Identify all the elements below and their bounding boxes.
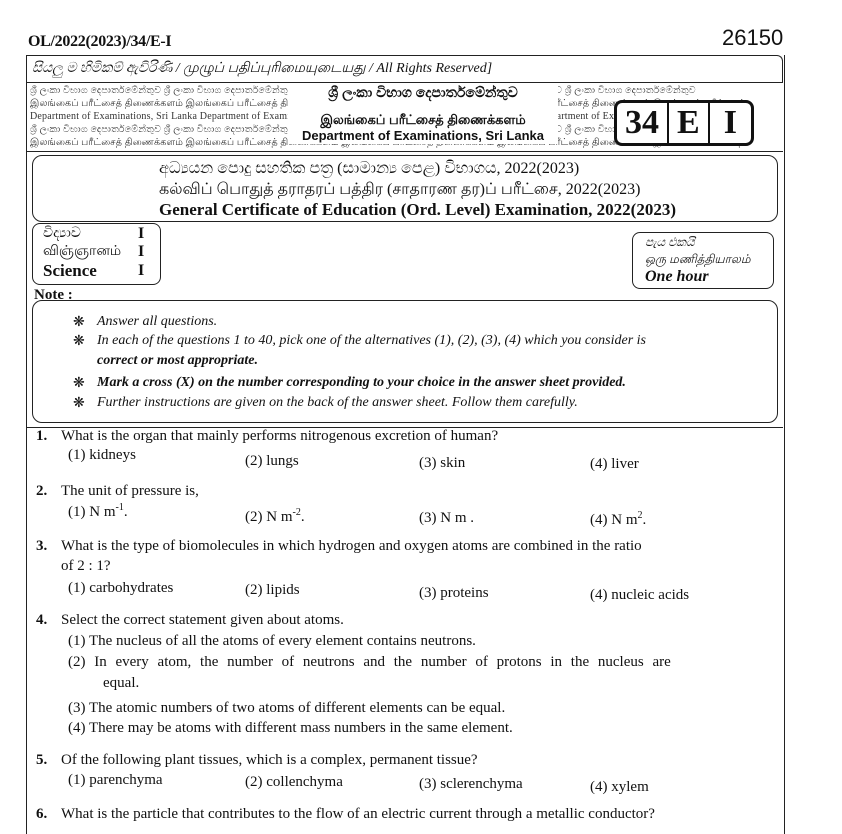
subject-part: I — [138, 243, 144, 261]
option: (4) There may be atoms with different ma… — [68, 720, 513, 737]
subject-name-sinhala: විද්‍යාව — [43, 226, 81, 242]
department-name: ශ්‍රී ලංකා විභාග දෙපාර්තමේන්තුව இலங்கைப்… — [288, 83, 558, 144]
duration-sinhala: පැය එකයි — [645, 235, 695, 250]
exam-title-sinhala: අධ්‍යයන පොදු සහතික පත්‍ර (සාමාන්‍ය පෙළ) … — [159, 160, 579, 178]
exam-title-box: අධ්‍යයන පොදු සහතික පත්‍ර (සාමාන්‍ය පෙළ) … — [32, 155, 778, 222]
subject-part: I — [138, 225, 144, 243]
asterisk-icon: ❋ — [73, 314, 85, 331]
rights-reserved-text: සියලු ම හිමිකම් ඇවිරිණි / முழுப் பதிப்பு… — [32, 61, 492, 78]
option: (1) parenchyma — [68, 772, 163, 789]
question-2: 2.The unit of pressure is, — [36, 483, 199, 500]
subject-name-tamil: விஞ்ஞானம் — [43, 244, 121, 261]
question-3: 3.What is the type of biomolecules in wh… — [36, 538, 642, 555]
serial-number: 26150 — [722, 25, 783, 51]
paper-code: OL/2022(2023)/34/E-I — [28, 33, 171, 51]
asterisk-icon: ❋ — [73, 395, 85, 412]
option: (4) xylem — [590, 779, 649, 796]
option: (4) nucleic acids — [590, 587, 689, 604]
subject-box: විද්‍යාව I விஞ்ஞானம் I Science I — [32, 223, 161, 285]
option: (3) sclerenchyma — [419, 776, 523, 793]
subject-part: I — [138, 262, 144, 280]
option: (3) N m . — [419, 510, 474, 527]
paper-code-box: 34 E I — [614, 100, 754, 146]
duration-tamil: ஒரு மணித்தியாலம் — [645, 252, 751, 268]
question-5: 5.Of the following plant tissues, which … — [36, 752, 478, 769]
option: (4) N m2. — [590, 510, 646, 529]
duration-english: One hour — [645, 268, 709, 286]
asterisk-icon: ❋ — [73, 333, 85, 350]
option: (3) The atomic numbers of two atoms of d… — [68, 700, 505, 717]
option: (1) carbohydrates — [68, 580, 173, 597]
option: (2) In every atom, the number of neutron… — [68, 654, 671, 671]
option: (2) lipids — [245, 582, 300, 599]
question-3-continuation: of 2 : 1? — [61, 558, 111, 575]
exam-title-tamil: கல்விப் பொதுத் தராதரப் பத்திர (சாதாரண தர… — [159, 180, 640, 200]
part-code: I — [710, 103, 751, 143]
option: (1) kidneys — [68, 447, 136, 464]
department-name-sinhala: ශ්‍රී ලංකා විභාග දෙපාර්තමේන්තුව — [288, 83, 558, 101]
option: (1) The nucleus of all the atoms of ever… — [68, 633, 476, 650]
question-4: 4.Select the correct statement given abo… — [36, 612, 344, 629]
option: (3) skin — [419, 455, 465, 472]
option: (1) N m-1. — [68, 502, 128, 521]
department-name-english: Department of Examinations, Sri Lanka — [288, 128, 558, 144]
subject-number: 34 — [617, 103, 669, 143]
option: (2) lungs — [245, 453, 299, 470]
note-box: ❋ Answer all questions. ❋ In each of the… — [32, 300, 778, 423]
subject-name-english: Science — [43, 261, 97, 281]
medium-code: E — [669, 103, 710, 143]
duration-box: පැය එකයි ஒரு மணித்தியாலம் One hour — [632, 232, 774, 289]
option-continuation: equal. — [103, 675, 139, 692]
question-1: 1.What is the organ that mainly performs… — [36, 428, 498, 445]
option: (3) proteins — [419, 585, 489, 602]
option: (2) collenchyma — [245, 774, 343, 791]
asterisk-icon: ❋ — [73, 375, 85, 392]
question-6: 6.What is the particle that contributes … — [36, 806, 655, 823]
note-item-continuation: correct or most appropriate. — [97, 353, 258, 369]
option: (4) liver — [590, 456, 639, 473]
department-name-tamil: இலங்கைப் பரீட்சைத் திணைக்களம் — [288, 111, 558, 128]
exam-title-english: General Certificate of Education (Ord. L… — [159, 200, 676, 220]
option: (2) N m-2. — [245, 507, 305, 526]
